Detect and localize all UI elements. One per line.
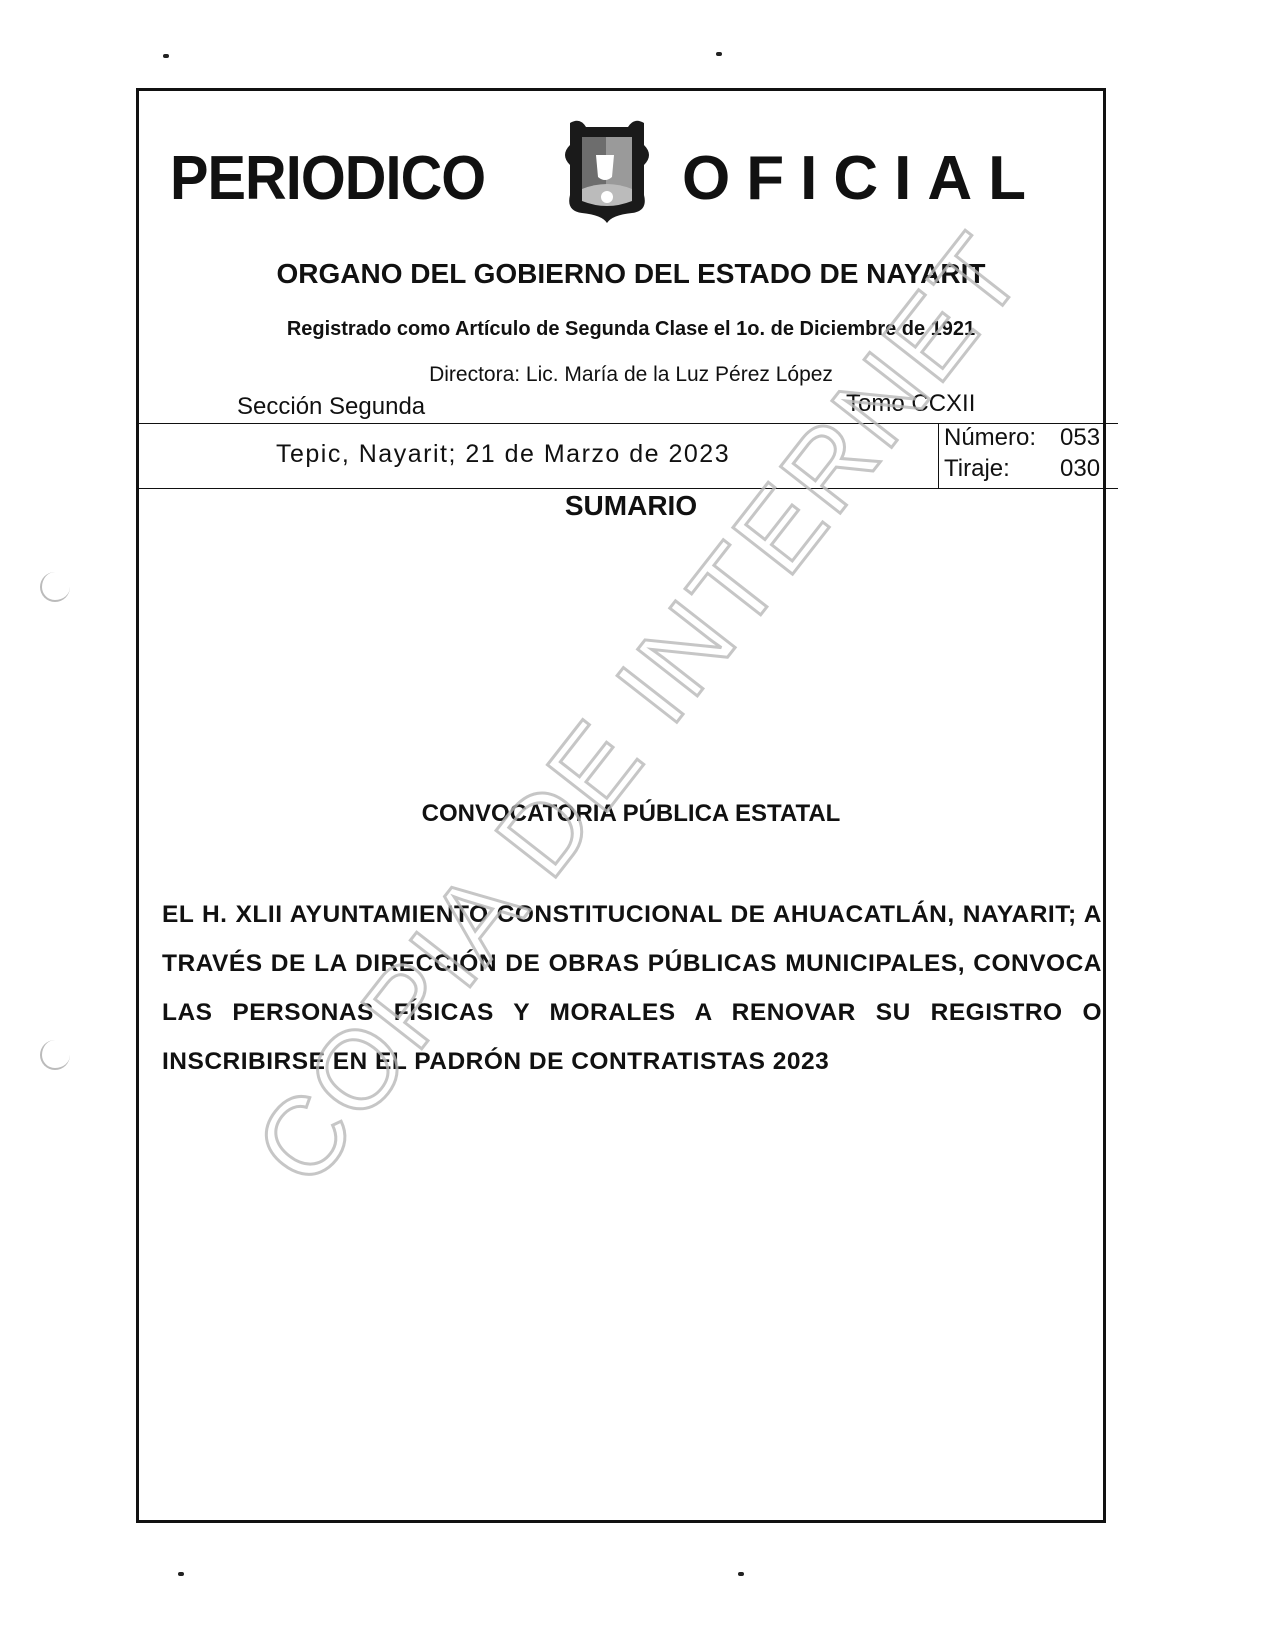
divider-bottom	[136, 488, 1118, 489]
issue-number: Número: 053	[944, 424, 1036, 452]
issue-number-value: 053	[1060, 424, 1100, 452]
print-run-value: 030	[1060, 455, 1100, 483]
scan-speck	[716, 52, 722, 56]
masthead: PERIODICO OFICIAL	[170, 115, 1070, 225]
scan-speck	[738, 1572, 744, 1576]
summary-item-body: EL H. XLII AYUNTAMIENTO CONSTITUCIONAL D…	[162, 890, 1102, 1086]
summary-heading: SUMARIO	[0, 490, 1262, 522]
print-run-label: Tiraje:	[944, 455, 1010, 482]
punch-hole-mark	[40, 572, 70, 602]
section-label: Sección Segunda	[237, 393, 425, 421]
print-run: Tiraje: 030	[944, 455, 1010, 483]
scan-speck	[178, 1572, 184, 1576]
summary-item-title: CONVOCATORIA PÚBLICA ESTATAL	[0, 800, 1262, 828]
punch-hole-mark	[40, 1040, 70, 1070]
registration-line: Registrado como Artículo de Segunda Clas…	[0, 318, 1262, 341]
tomo-label: Tomo CCXII	[846, 390, 975, 418]
state-coat-of-arms-icon	[552, 115, 662, 225]
masthead-title-left: PERIODICO	[170, 143, 485, 214]
director-line: Directora: Lic. María de la Luz Pérez Ló…	[0, 363, 1262, 387]
place-date: Tepic, Nayarit; 21 de Marzo de 2023	[276, 440, 730, 469]
organ-subtitle: ORGANO DEL GOBIERNO DEL ESTADO DE NAYARI…	[0, 258, 1262, 290]
divider-vertical	[938, 423, 939, 488]
issue-number-label: Número:	[944, 424, 1036, 451]
scan-speck	[163, 54, 169, 58]
masthead-title-right: OFICIAL	[682, 143, 1042, 214]
